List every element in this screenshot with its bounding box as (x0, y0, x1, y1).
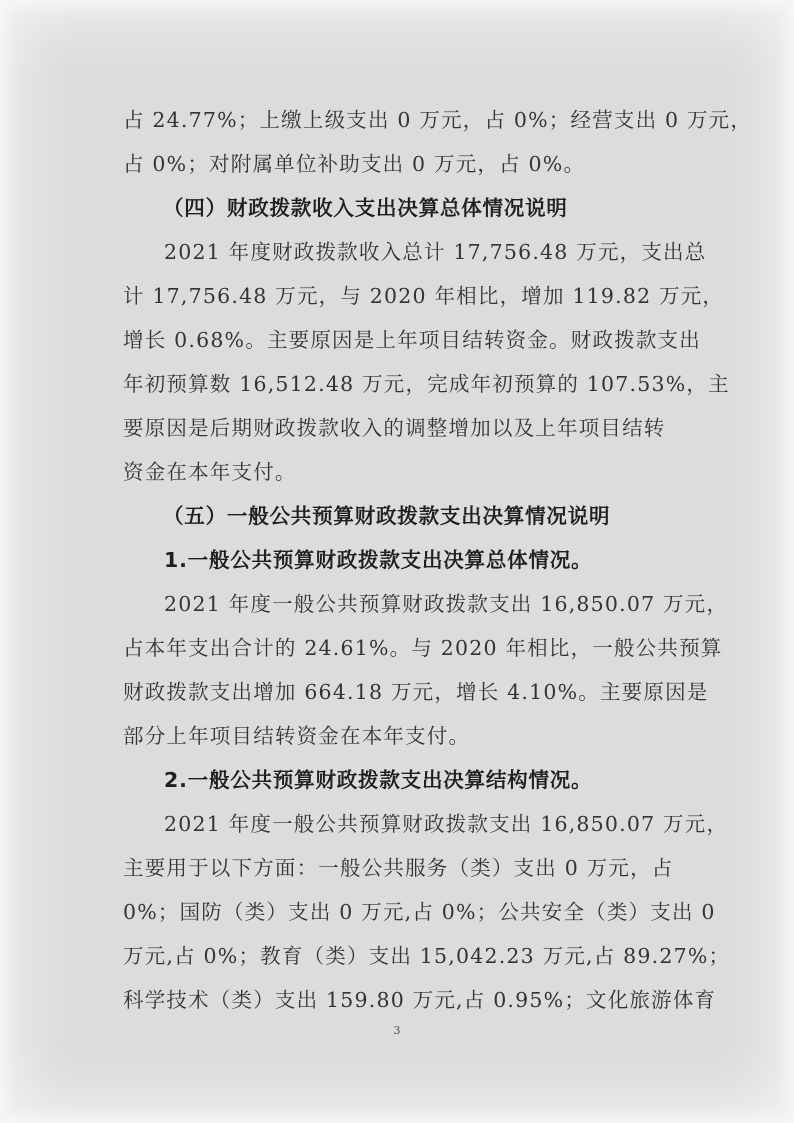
paragraph-line: 年初预算数 16,512.48 万元，完成年初预算的 107.53%，主 (123, 362, 685, 406)
document-body: 占 24.77%；上缴上级支出 0 万元，占 0%；经营支出 0 万元， 占 0… (123, 98, 685, 1022)
paragraph-line: 占 24.77%；上缴上级支出 0 万元，占 0%；经营支出 0 万元， (123, 98, 685, 142)
paragraph-line: 资金在本年支付。 (123, 450, 685, 494)
subheading-2: 2.一般公共预算财政拨款支出决算结构情况。 (123, 758, 685, 802)
paragraph-line: 科学技术（类）支出 159.80 万元,占 0.95%；文化旅游体育 (123, 978, 685, 1022)
paragraph-line: 占 0%；对附属单位补助支出 0 万元，占 0%。 (123, 142, 685, 186)
paragraph-line: 部分上年项目结转资金在本年支付。 (123, 714, 685, 758)
paragraph-line: 占本年支出合计的 24.61%。与 2020 年相比，一般公共预算 (123, 626, 685, 670)
paragraph-line: 2021 年度一般公共预算财政拨款支出 16,850.07 万元， (123, 802, 685, 846)
section-heading-5: （五）一般公共预算财政拨款支出决算情况说明 (123, 494, 685, 538)
paragraph-line: 计 17,756.48 万元，与 2020 年相比，增加 119.82 万元， (123, 274, 685, 318)
paragraph-line: 财政拨款支出增加 664.18 万元，增长 4.10%。主要原因是 (123, 670, 685, 714)
page-number: 3 (0, 1024, 794, 1037)
document-page: 占 24.77%；上缴上级支出 0 万元，占 0%；经营支出 0 万元， 占 0… (0, 0, 794, 1123)
paragraph-line: 2021 年度一般公共预算财政拨款支出 16,850.07 万元， (123, 582, 685, 626)
paragraph-line: 主要用于以下方面：一般公共服务（类）支出 0 万元，占 (123, 846, 685, 890)
section-heading-4: （四）财政拨款收入支出决算总体情况说明 (123, 186, 685, 230)
subheading-1: 1.一般公共预算财政拨款支出决算总体情况。 (123, 538, 685, 582)
paragraph-line: 万元,占 0%；教育（类）支出 15,042.23 万元,占 89.27%； (123, 934, 685, 978)
paragraph-line: 增长 0.68%。主要原因是上年项目结转资金。财政拨款支出 (123, 318, 685, 362)
paragraph-line: 0%；国防（类）支出 0 万元,占 0%；公共安全（类）支出 0 (123, 890, 685, 934)
paragraph-line: 2021 年度财政拨款收入总计 17,756.48 万元，支出总 (123, 230, 685, 274)
paragraph-line: 要原因是后期财政拨款收入的调整增加以及上年项目结转 (123, 406, 685, 450)
